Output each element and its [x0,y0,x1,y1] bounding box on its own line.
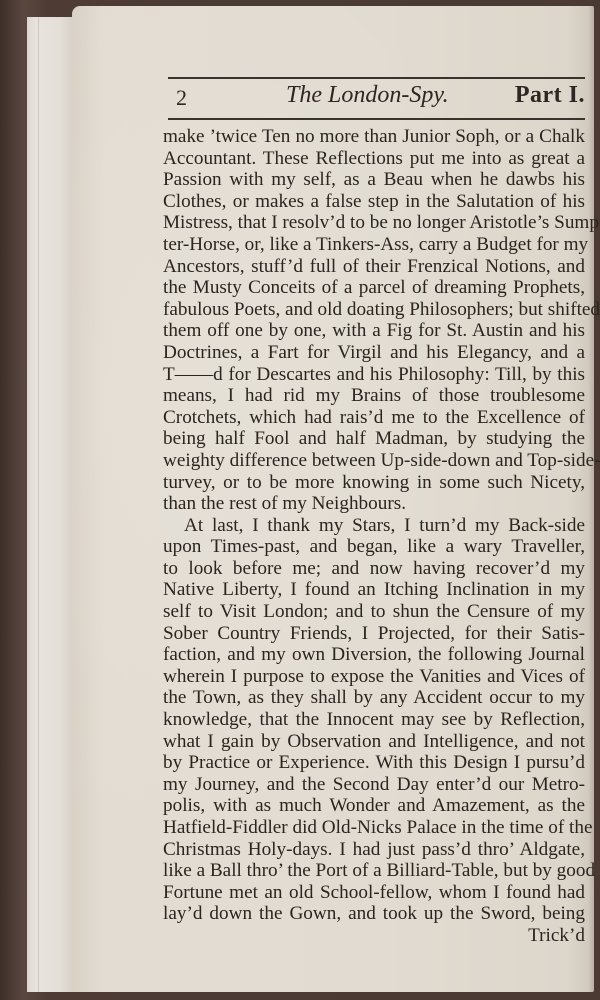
text-line: Passion with my self, as a Beau when he … [163,169,585,191]
text-line: them off one by one, with a Fig for St. … [163,320,585,342]
text-line: polis, with as much Wonder and Amazement… [163,795,585,817]
text-line: T——d for Descartes and his Philosophy: T… [163,364,585,386]
text-line: wherein I purpose to expose the Vanities… [163,666,585,688]
header-rule-top [168,77,585,79]
text-line: turvey, or to be more knowing in some su… [163,472,585,494]
running-title: The London-Spy. [286,82,449,109]
text-line: to look before me; and now having recove… [163,558,585,580]
text-line: Ancestors, stuff’d full of their Frenzic… [163,256,585,278]
text-line: Accountant. These Reflections put me int… [163,148,585,170]
section-label: Part I. [515,82,585,109]
running-head: 2 The London-Spy. Part I. [168,82,585,114]
text-line: Clothes, or makes a false step in the Sa… [163,191,585,213]
text-line: the Town, as they shall by any Accident … [163,687,585,709]
text-line: Hatfield-Fiddler did Old-Nicks Palace in… [163,817,585,839]
text-line: Christmas Holy-days. I had just pass’d t… [163,839,585,861]
text-line: lay’d down the Gown, and took up the Swo… [163,903,585,925]
text-line: Native Liberty, I found an Itching Incli… [163,579,585,601]
flyleaf-crease [38,17,39,992]
text-line: self to Visit London; and to shun the Ce… [163,601,585,623]
text-line: being half Fool and half Madman, by stud… [163,428,585,450]
page-number: 2 [176,85,187,111]
text-line: the Musty Conceits of a parcel of dreami… [163,277,585,299]
text-line: by Practice or Experience. With this Des… [163,752,585,774]
header-rule-bottom [168,118,585,120]
text-line: means, I had rid my Brains of those trou… [163,385,585,407]
text-line: Sober Country Friends, I Projected, for … [163,623,585,645]
body-text: make ’twice Ten no more than Junior Soph… [163,126,585,947]
text-line: fabulous Poets, and old doating Philosop… [163,299,585,321]
text-line: upon Times-past, and began, like a wary … [163,536,585,558]
text-line: faction, and my own Diversion, the follo… [163,644,585,666]
text-line-paragraph-start: At last, I thank my Stars, I turn’d my B… [163,515,585,537]
text-line: Fortune met an old School-fellow, whom I… [163,882,585,904]
text-line: than the rest of my Neighbours. [163,493,585,515]
flyleaf-edge [27,17,74,992]
text-line: Mistress, that I resolv’d to be no longe… [163,212,585,234]
text-line: like a Ball thro’ the Port of a Billiard… [163,860,585,882]
catchword: Trick’d [163,925,585,947]
page-shadow [588,6,594,992]
text-line: weighty difference between Up-side-down … [163,450,585,472]
text-line: my Journey, and the Second Day enter’d o… [163,774,585,796]
text-line: ter-Horse, or, like a Tinkers-Ass, carry… [163,234,585,256]
text-line: Doctrines, a Fart for Virgil and his Ele… [163,342,585,364]
text-line: make ’twice Ten no more than Junior Soph… [163,126,585,148]
text-line: what I gain by Observation and Intellige… [163,731,585,753]
text-line: Crotchets, which had rais’d me to the Ex… [163,407,585,429]
text-line: knowledge, that the Innocent may see by … [163,709,585,731]
